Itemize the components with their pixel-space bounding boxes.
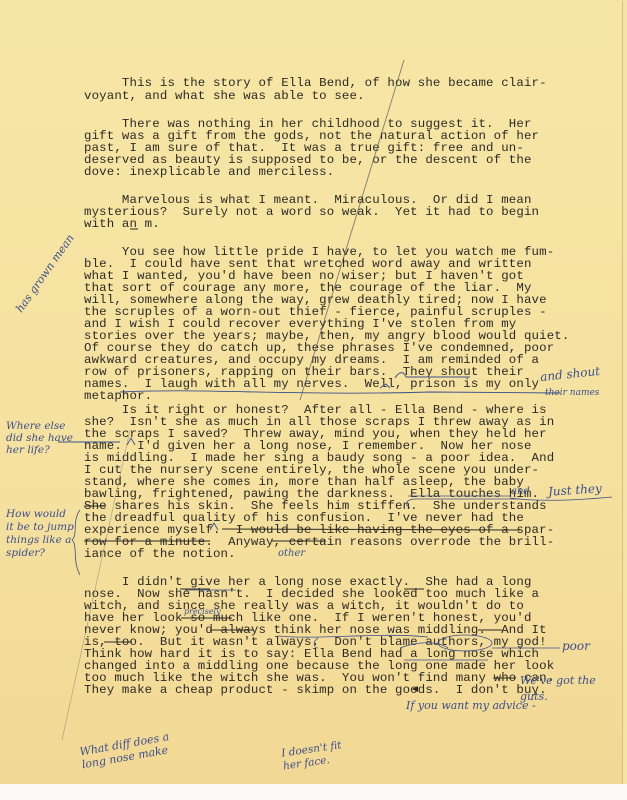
diagonal-slash-mark-lower bbox=[62, 430, 130, 740]
insert-other: other bbox=[278, 548, 305, 560]
diagonal-slash-mark bbox=[300, 60, 404, 400]
insert-and: and bbox=[511, 486, 530, 498]
insert-just-they: Just they bbox=[548, 482, 602, 498]
margin-note-where-else: Where else did she have her life? bbox=[6, 420, 80, 456]
insert-precisely: precisely bbox=[184, 606, 221, 618]
insert-poor: poor bbox=[562, 640, 590, 652]
margin-note-spider: How would it be to jump things like a sp… bbox=[6, 508, 76, 560]
insert-advice: If you want my advice - bbox=[406, 700, 536, 712]
insert-their-names: their names bbox=[545, 387, 599, 399]
